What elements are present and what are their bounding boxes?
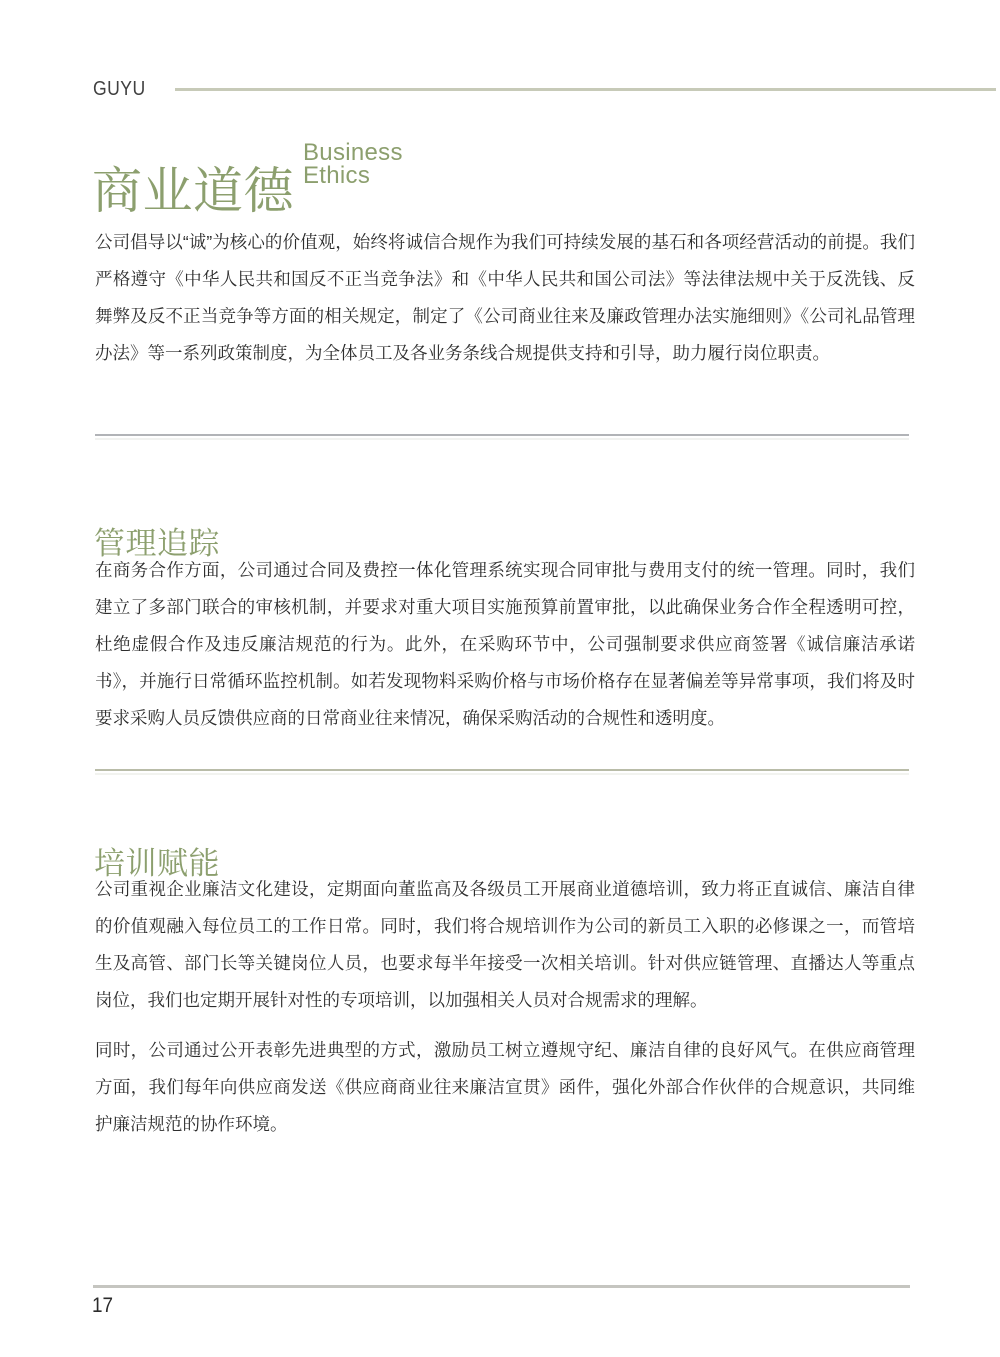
- page-title-en-line2: Ethics: [303, 164, 403, 187]
- section-divider: [95, 434, 909, 436]
- footer-rule: [93, 1285, 910, 1288]
- page-title-en: Business Ethics: [303, 141, 403, 187]
- page-title-en-line1: Business: [303, 141, 403, 164]
- section-divider: [95, 769, 909, 771]
- brand-logo-text: GUYU: [93, 78, 146, 101]
- header-rule: [175, 88, 996, 91]
- section-paragraph: 同时，公司通过公开表彰先进典型的方式，激励员工树立遵规守纪、廉洁自律的良好风气。…: [95, 1032, 915, 1143]
- report-page: GUYU 商业道德 Business Ethics 公司倡导以“诚”为核心的价值…: [0, 0, 1000, 1357]
- page-number: 17: [92, 1294, 113, 1318]
- section-paragraph: 在商务合作方面，公司通过合同及费控一体化管理系统实现合同审批与费用支付的统一管理…: [95, 552, 915, 737]
- intro-paragraph: 公司倡导以“诚”为核心的价值观，始终将诚信合规作为我们可持续发展的基石和各项经营…: [95, 224, 915, 372]
- page-title-zh: 商业道德: [92, 165, 294, 217]
- section-paragraph: 公司重视企业廉洁文化建设，定期面向董监高及各级员工开展商业道德培训，致力将正直诚…: [95, 871, 915, 1019]
